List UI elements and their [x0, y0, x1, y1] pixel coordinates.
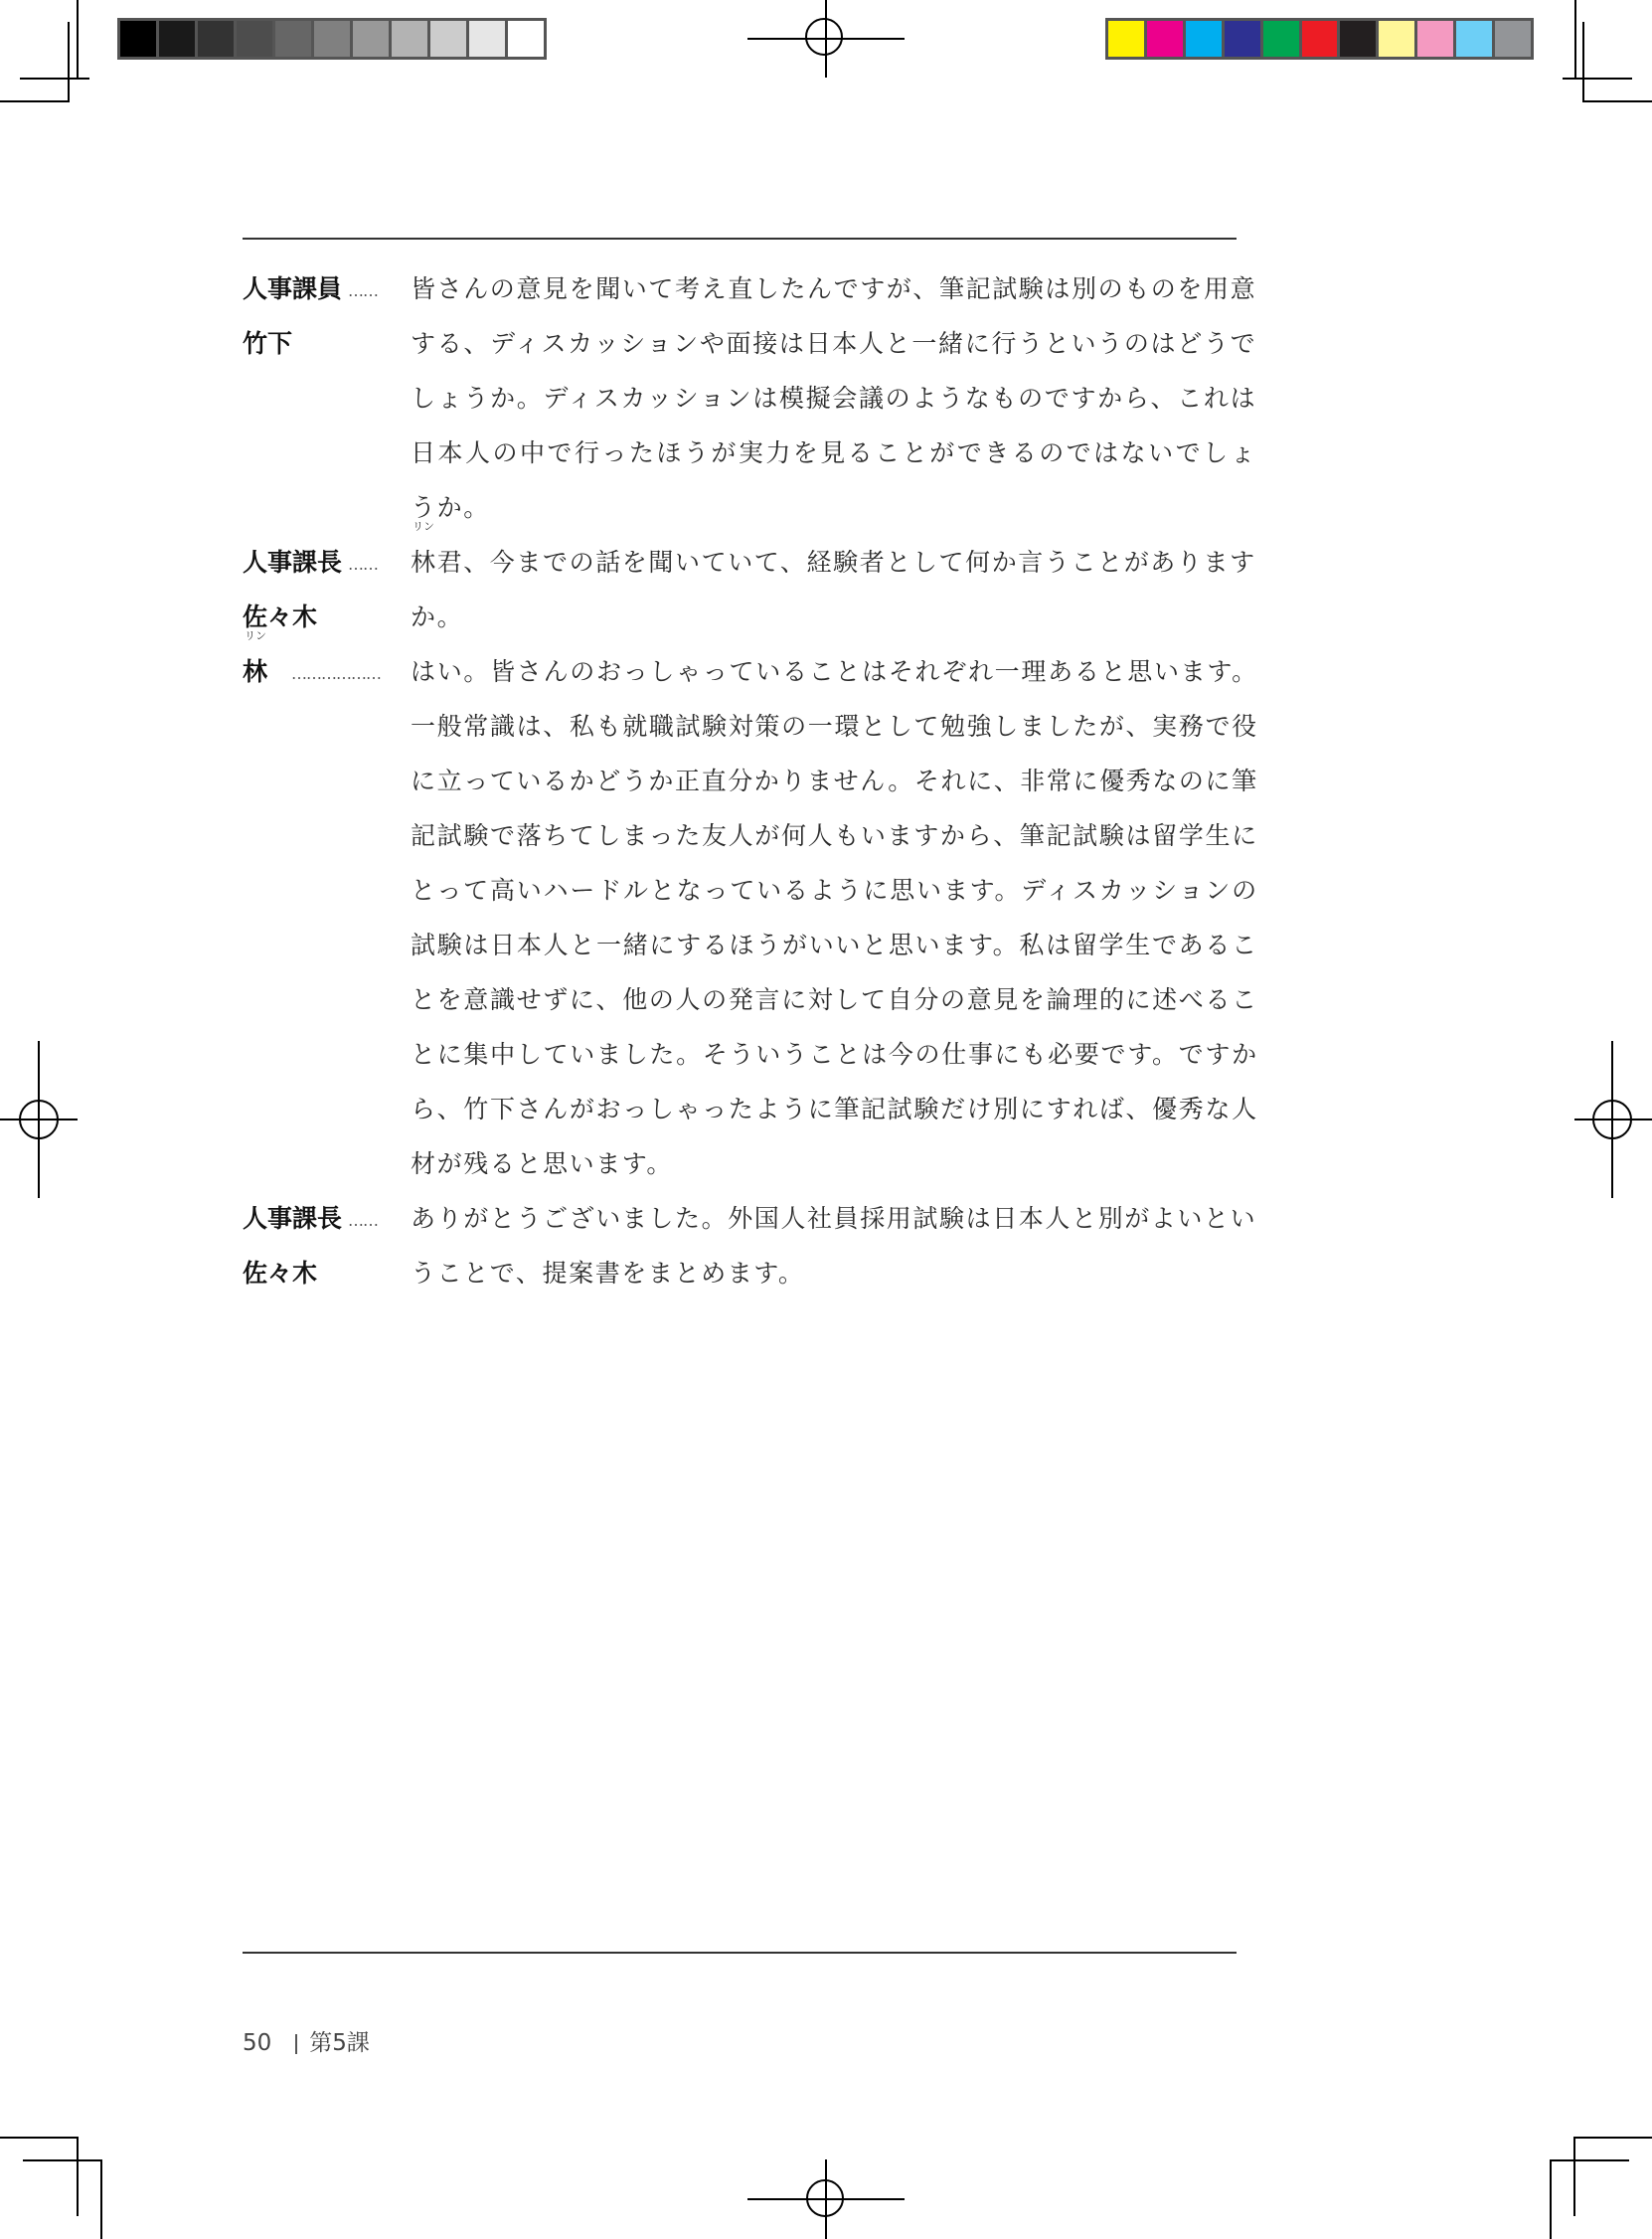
grayscale-swatch [120, 21, 156, 57]
speaker: 人事課長…… 佐々木 [243, 1191, 411, 1300]
color-swatch [1456, 21, 1492, 57]
grayscale-swatch [314, 21, 350, 57]
color-swatch [1379, 21, 1414, 57]
dialogue-turn: 人事課員…… 竹下 皆さんの意見を聞いて考え直したんですが、筆記試験は別のものを… [243, 261, 1237, 535]
color-swatch [1495, 21, 1531, 57]
speech-line: リン林君、今までの話を聞いていて、経験者として何か言うことがあります [411, 535, 1256, 590]
speech-line: とって高いハードルとなっているように思います。ディスカッションの [411, 863, 1258, 918]
speech-line: 一般常識は、私も就職試験対策の一環として勉強しましたが、実務で役 [411, 699, 1258, 754]
color-swatch [1417, 21, 1453, 57]
leader-dots: ……………… [291, 664, 381, 683]
color-swatch-bar [1105, 18, 1534, 60]
speaker: リン林……………… [243, 644, 411, 1191]
speaker-role: 人事課長 [243, 1204, 342, 1233]
speech-line: 試験は日本人と一緒にするほうがいいと思います。私は留学生であるこ [411, 918, 1258, 972]
bottom-rule [243, 1952, 1237, 1954]
speech-text: ありがとうございました。外国人社員採用試験は日本人と別がよいとい うことで、提案… [411, 1191, 1256, 1300]
speech-line: ら、竹下さんがおっしゃったように筆記試験だけ別にすれば、優秀な人 [411, 1082, 1258, 1136]
speech-line: か。 [411, 590, 1256, 644]
speech-line-rest: 君、今までの話を聞いていて、経験者として何か言うことがあります [437, 548, 1256, 577]
leader-dots: …… [348, 281, 378, 300]
grayscale-swatch [353, 21, 389, 57]
grayscale-swatch [237, 21, 272, 57]
grayscale-swatch [508, 21, 544, 57]
color-swatch [1340, 21, 1376, 57]
speech-line: 皆さんの意見を聞いて考え直したんですが、筆記試験は別のものを用意 [411, 261, 1256, 316]
leader-dots: …… [348, 555, 378, 574]
chapter-label: 第5課 [309, 2030, 370, 2056]
speaker-role: 人事課員 [243, 274, 342, 303]
grayscale-swatch [430, 21, 466, 57]
grayscale-swatch [469, 21, 505, 57]
speaker: 人事課員…… 竹下 [243, 261, 411, 535]
dialogue-turn: 人事課長…… 佐々木 ありがとうございました。外国人社員採用試験は日本人と別がよ… [243, 1191, 1237, 1300]
top-rule [243, 238, 1237, 240]
speaker-role: 人事課長 [243, 548, 342, 577]
grayscale-swatch [198, 21, 234, 57]
footer-separator [295, 2034, 297, 2054]
speaker-name: 佐々木 [243, 1246, 411, 1300]
color-swatch [1186, 21, 1222, 57]
speech-line: に立っているかどうか正直分かりません。それに、非常に優秀なのに筆 [411, 754, 1258, 808]
speech-line: する、ディスカッションや面接は日本人と一緒に行うというのはどうで [411, 316, 1256, 371]
dialogue-section: 人事課員…… 竹下 皆さんの意見を聞いて考え直したんですが、筆記試験は別のものを… [243, 261, 1237, 1300]
color-swatch [1263, 21, 1299, 57]
speech-line: うことで、提案書をまとめます。 [411, 1246, 1256, 1300]
page-footer: 50第5課 [243, 2024, 370, 2057]
dialogue-turn: 人事課長…… 佐々木 リン林君、今までの話を聞いていて、経験者として何か言うこと… [243, 535, 1237, 644]
speech-line: とに集中していました。そういうことは今の仕事にも必要です。ですか [411, 1027, 1258, 1082]
ruby-reading: リン [413, 521, 434, 532]
color-swatch [1147, 21, 1183, 57]
speech-line: うか。 [411, 480, 1256, 535]
color-swatch [1225, 21, 1260, 57]
speech-line: とを意識せずに、他の人の発言に対して自分の意見を論理的に述べるこ [411, 972, 1258, 1027]
speech-line: 材が残ると思います。 [411, 1136, 1258, 1191]
speaker: 人事課長…… 佐々木 [243, 535, 411, 644]
page-number: 50 [243, 2030, 271, 2056]
color-swatch [1302, 21, 1338, 57]
ruby-reading: リン [245, 630, 266, 641]
speaker-name: 竹下 [243, 316, 411, 371]
speaker-name: 佐々木 [243, 590, 411, 644]
speech-line: 日本人の中で行ったほうが実力を見ることができるのではないでしょ [411, 426, 1256, 480]
grayscale-swatch [159, 21, 195, 57]
grayscale-swatch [275, 21, 311, 57]
dialogue-turn: リン林……………… はい。皆さんのおっしゃっていることはそれぞれ一理あると思いま… [243, 644, 1237, 1191]
ruby-annotation: リン林 [243, 644, 267, 699]
speech-text: 皆さんの意見を聞いて考え直したんですが、筆記試験は別のものを用意 する、ディスカ… [411, 261, 1256, 535]
grayscale-swatch [392, 21, 427, 57]
speech-text: はい。皆さんのおっしゃっていることはそれぞれ一理あると思います。 一般常識は、私… [411, 644, 1258, 1191]
ruby-base: 林 [411, 548, 437, 577]
color-swatch [1108, 21, 1144, 57]
speech-line: はい。皆さんのおっしゃっていることはそれぞれ一理あると思います。 [411, 644, 1258, 699]
speech-text: リン林君、今までの話を聞いていて、経験者として何か言うことがあります か。 [411, 535, 1256, 644]
leader-dots: …… [348, 1211, 378, 1230]
speaker-role: 林 [243, 657, 267, 686]
speech-line: ありがとうございました。外国人社員採用試験は日本人と別がよいとい [411, 1191, 1256, 1246]
speech-line: 記試験で落ちてしまった友人が何人もいますから、筆記試験は留学生に [411, 808, 1258, 863]
ruby-annotation: リン林 [411, 535, 437, 590]
grayscale-swatch-bar [117, 18, 547, 60]
speech-line: しょうか。ディスカッションは模擬会議のようなものですから、これは [411, 371, 1256, 426]
